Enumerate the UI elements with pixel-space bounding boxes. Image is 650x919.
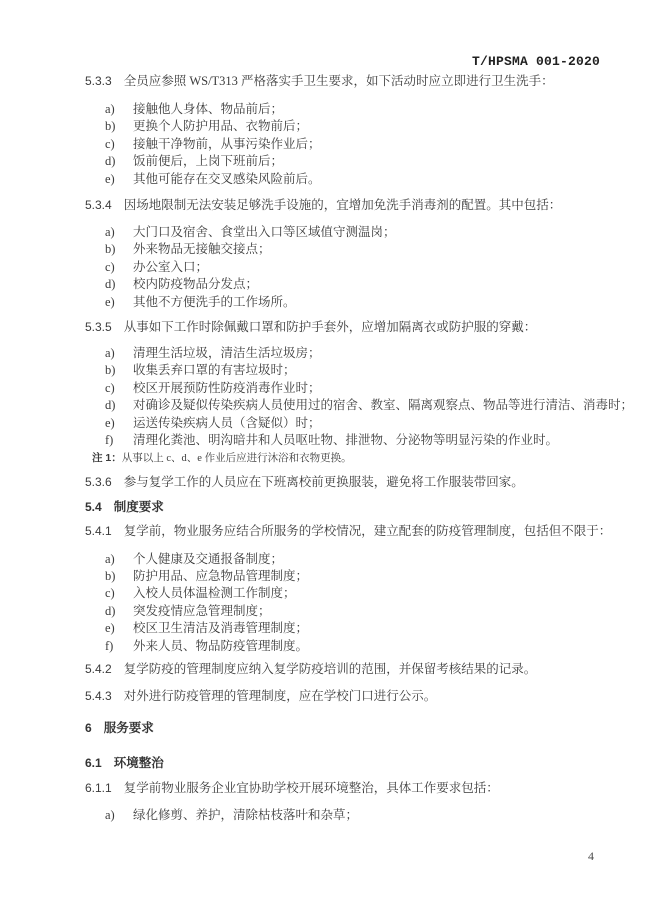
item-letter: d) <box>105 397 133 414</box>
clause-number: 5.3.3 <box>85 73 112 90</box>
list-item: c) 入校人员体温检测工作制度； <box>85 585 600 602</box>
clause-5-3-5: 5.3.5 从事如下工作时除佩戴口罩和防护手套外，应增加隔离衣或防护服的穿戴： <box>85 319 600 336</box>
item-text: 大门口及宿舍、食堂出入口等区域值守测温岗； <box>133 224 396 241</box>
item-letter: c) <box>105 259 133 276</box>
item-letter: b) <box>105 362 133 379</box>
clause-6-1-1: 6.1.1 复学前物业服务企业宜协助学校开展环境整治，具体工作要求包括： <box>85 780 600 797</box>
note-1: 注 1：从事以上 c、d、e 作业后应进行沐浴和衣物更换。 <box>92 450 600 467</box>
clause-text: 参与复学工作的人员应在下班离校前更换服装，避免将工作服装带回家。 <box>124 474 524 491</box>
clause-number: 5.3.4 <box>85 197 112 214</box>
item-letter: c) <box>105 136 133 153</box>
clause-text: 复学防疫的管理制度应纳入复学防疫培训的范围，并保留考核结果的记录。 <box>124 661 537 678</box>
heading-number: 6.1 <box>85 755 102 772</box>
item-text: 校区开展预防性防疫消毒作业时； <box>133 380 321 397</box>
item-text: 饭前便后，上岗下班前后； <box>133 153 283 170</box>
list-item: c) 接触干净物前，从事污染作业后； <box>85 136 600 153</box>
item-text: 入校人员体温检测工作制度； <box>133 585 296 602</box>
list-5-3-3: a) 接触他人身体、物品前后； b) 更换个人防护用品、衣物前后； c) 接触干… <box>85 101 600 188</box>
list-item: b) 收集丢弃口罩的有害垃圾时； <box>85 362 600 379</box>
item-letter: a) <box>105 551 133 568</box>
list-5-3-4: a) 大门口及宿舍、食堂出入口等区域值守测温岗； b) 外来物品无接触交接点； … <box>85 224 600 311</box>
item-text: 外来物品无接触交接点； <box>133 241 271 258</box>
heading-text: 环境整治 <box>114 755 164 772</box>
clause-number: 5.3.5 <box>85 319 112 336</box>
item-letter: b) <box>105 118 133 135</box>
item-text: 外来人员、物品防疫管理制度。 <box>133 638 308 655</box>
item-letter: c) <box>105 585 133 602</box>
item-text: 突发疫情应急管理制度； <box>133 603 271 620</box>
list-item: a) 大门口及宿舍、食堂出入口等区域值守测温岗； <box>85 224 600 241</box>
document-page: T/HPSMA 001-2020 5.3.3 全员应参照 WS/T313 严格落… <box>0 0 650 919</box>
clause-5-3-6: 5.3.6 参与复学工作的人员应在下班离校前更换服装，避免将工作服装带回家。 <box>85 474 600 491</box>
list-item: b) 外来物品无接触交接点； <box>85 241 600 258</box>
item-text: 更换个人防护用品、衣物前后； <box>133 118 308 135</box>
item-letter: f) <box>105 638 133 655</box>
item-letter: d) <box>105 603 133 620</box>
item-letter: a) <box>105 101 133 118</box>
note-text: 从事以上 c、d、e 作业后应进行沐浴和衣物更换。 <box>122 453 352 464</box>
clause-text: 复学前物业服务企业宜协助学校开展环境整治，具体工作要求包括： <box>124 780 499 797</box>
list-6-1-1: a) 绿化修剪、养护，清除枯枝落叶和杂草； <box>85 807 600 824</box>
clause-5-4-2: 5.4.2 复学防疫的管理制度应纳入复学防疫培训的范围，并保留考核结果的记录。 <box>85 661 600 678</box>
item-text: 对确诊及疑似传染疾病人员使用过的宿舍、教室、隔离观察点、物品等进行清洁、消毒时； <box>133 397 633 414</box>
clause-number: 5.4.2 <box>85 661 112 678</box>
item-text: 清理化粪池、明沟暗井和人员呕吐物、排泄物、分泌物等明显污染的作业时。 <box>133 432 558 449</box>
list-item: b) 防护用品、应急物品管理制度； <box>85 568 600 585</box>
heading-text: 服务要求 <box>104 720 154 737</box>
item-letter: b) <box>105 241 133 258</box>
item-text: 运送传染疾病人员（含疑似）时； <box>133 415 321 432</box>
heading-6: 6 服务要求 <box>85 720 600 737</box>
clause-text: 复学前，物业服务应结合所服务的学校情况，建立配套的防疫管理制度，包括但不限于： <box>124 523 612 540</box>
item-letter: b) <box>105 568 133 585</box>
item-text: 清理生活垃圾，清洁生活垃圾房； <box>133 345 321 362</box>
list-item: e) 其他可能存在交叉感染风险前后。 <box>85 171 600 188</box>
item-letter: d) <box>105 276 133 293</box>
item-letter: e) <box>105 620 133 637</box>
item-letter: d) <box>105 153 133 170</box>
note-label: 注 1： <box>92 452 122 464</box>
clause-text: 全员应参照 WS/T313 严格落实手卫生要求，如下活动时应立即进行卫生洗手： <box>124 73 554 90</box>
heading-number: 6 <box>85 720 92 737</box>
heading-5-4: 5.4 制度要求 <box>85 499 600 516</box>
clause-text: 因场地限制无法安装足够洗手设施的，宜增加免洗手消毒剂的配置。其中包括： <box>124 197 562 214</box>
item-text: 绿化修剪、养护，清除枯枝落叶和杂草； <box>133 807 358 824</box>
clause-number: 5.4.1 <box>85 523 112 540</box>
list-item: d) 校内防疫物品分发点； <box>85 276 600 293</box>
heading-text: 制度要求 <box>114 499 164 516</box>
list-item: d) 突发疫情应急管理制度； <box>85 603 600 620</box>
list-item: c) 校区开展预防性防疫消毒作业时； <box>85 380 600 397</box>
item-letter: a) <box>105 807 133 824</box>
heading-6-1: 6.1 环境整治 <box>85 755 600 772</box>
clause-number: 5.3.6 <box>85 474 112 491</box>
list-item: f) 清理化粪池、明沟暗井和人员呕吐物、排泄物、分泌物等明显污染的作业时。 <box>85 432 600 449</box>
list-item: d) 对确诊及疑似传染疾病人员使用过的宿舍、教室、隔离观察点、物品等进行清洁、消… <box>85 397 600 414</box>
list-5-4-1: a) 个人健康及交通报备制度； b) 防护用品、应急物品管理制度； c) 入校人… <box>85 551 600 655</box>
clause-number: 5.4.3 <box>85 688 112 705</box>
clause-text: 从事如下工作时除佩戴口罩和防护手套外，应增加隔离衣或防护服的穿戴： <box>124 319 537 336</box>
item-text: 接触干净物前，从事污染作业后； <box>133 136 321 153</box>
item-text: 其他不方便洗手的工作场所。 <box>133 294 296 311</box>
heading-number: 5.4 <box>85 499 102 516</box>
item-text: 校区卫生清洁及消毒管理制度； <box>133 620 308 637</box>
item-letter: e) <box>105 171 133 188</box>
list-item: f) 外来人员、物品防疫管理制度。 <box>85 638 600 655</box>
item-letter: f) <box>105 432 133 449</box>
item-letter: e) <box>105 294 133 311</box>
page-number: 4 <box>588 849 594 864</box>
clause-text: 对外进行防疫管理的管理制度，应在学校门口进行公示。 <box>124 688 437 705</box>
list-item: e) 校区卫生清洁及消毒管理制度； <box>85 620 600 637</box>
list-item: b) 更换个人防护用品、衣物前后； <box>85 118 600 135</box>
item-text: 校内防疫物品分发点； <box>133 276 258 293</box>
list-item: e) 其他不方便洗手的工作场所。 <box>85 294 600 311</box>
item-letter: c) <box>105 380 133 397</box>
item-text: 其他可能存在交叉感染风险前后。 <box>133 171 321 188</box>
clause-5-3-3: 5.3.3 全员应参照 WS/T313 严格落实手卫生要求，如下活动时应立即进行… <box>85 73 600 90</box>
list-item: d) 饭前便后，上岗下班前后； <box>85 153 600 170</box>
list-5-3-5: a) 清理生活垃圾，清洁生活垃圾房； b) 收集丢弃口罩的有害垃圾时； c) 校… <box>85 345 600 449</box>
item-text: 防护用品、应急物品管理制度； <box>133 568 308 585</box>
list-item: a) 接触他人身体、物品前后； <box>85 101 600 118</box>
item-letter: a) <box>105 224 133 241</box>
list-item: e) 运送传染疾病人员（含疑似）时； <box>85 415 600 432</box>
item-text: 接触他人身体、物品前后； <box>133 101 283 118</box>
clause-5-4-3: 5.4.3 对外进行防疫管理的管理制度，应在学校门口进行公示。 <box>85 688 600 705</box>
clause-number: 6.1.1 <box>85 780 112 797</box>
standard-code-header: T/HPSMA 001-2020 <box>85 55 600 68</box>
item-letter: e) <box>105 415 133 432</box>
item-letter: a) <box>105 345 133 362</box>
item-text: 个人健康及交通报备制度； <box>133 551 283 568</box>
item-text: 办公室入口； <box>133 259 208 276</box>
list-item: a) 绿化修剪、养护，清除枯枝落叶和杂草； <box>85 807 600 824</box>
list-item: c) 办公室入口； <box>85 259 600 276</box>
list-item: a) 个人健康及交通报备制度； <box>85 551 600 568</box>
item-text: 收集丢弃口罩的有害垃圾时； <box>133 362 296 379</box>
list-item: a) 清理生活垃圾，清洁生活垃圾房； <box>85 345 600 362</box>
clause-5-3-4: 5.3.4 因场地限制无法安装足够洗手设施的，宜增加免洗手消毒剂的配置。其中包括… <box>85 197 600 214</box>
clause-5-4-1: 5.4.1 复学前，物业服务应结合所服务的学校情况，建立配套的防疫管理制度，包括… <box>85 523 600 540</box>
